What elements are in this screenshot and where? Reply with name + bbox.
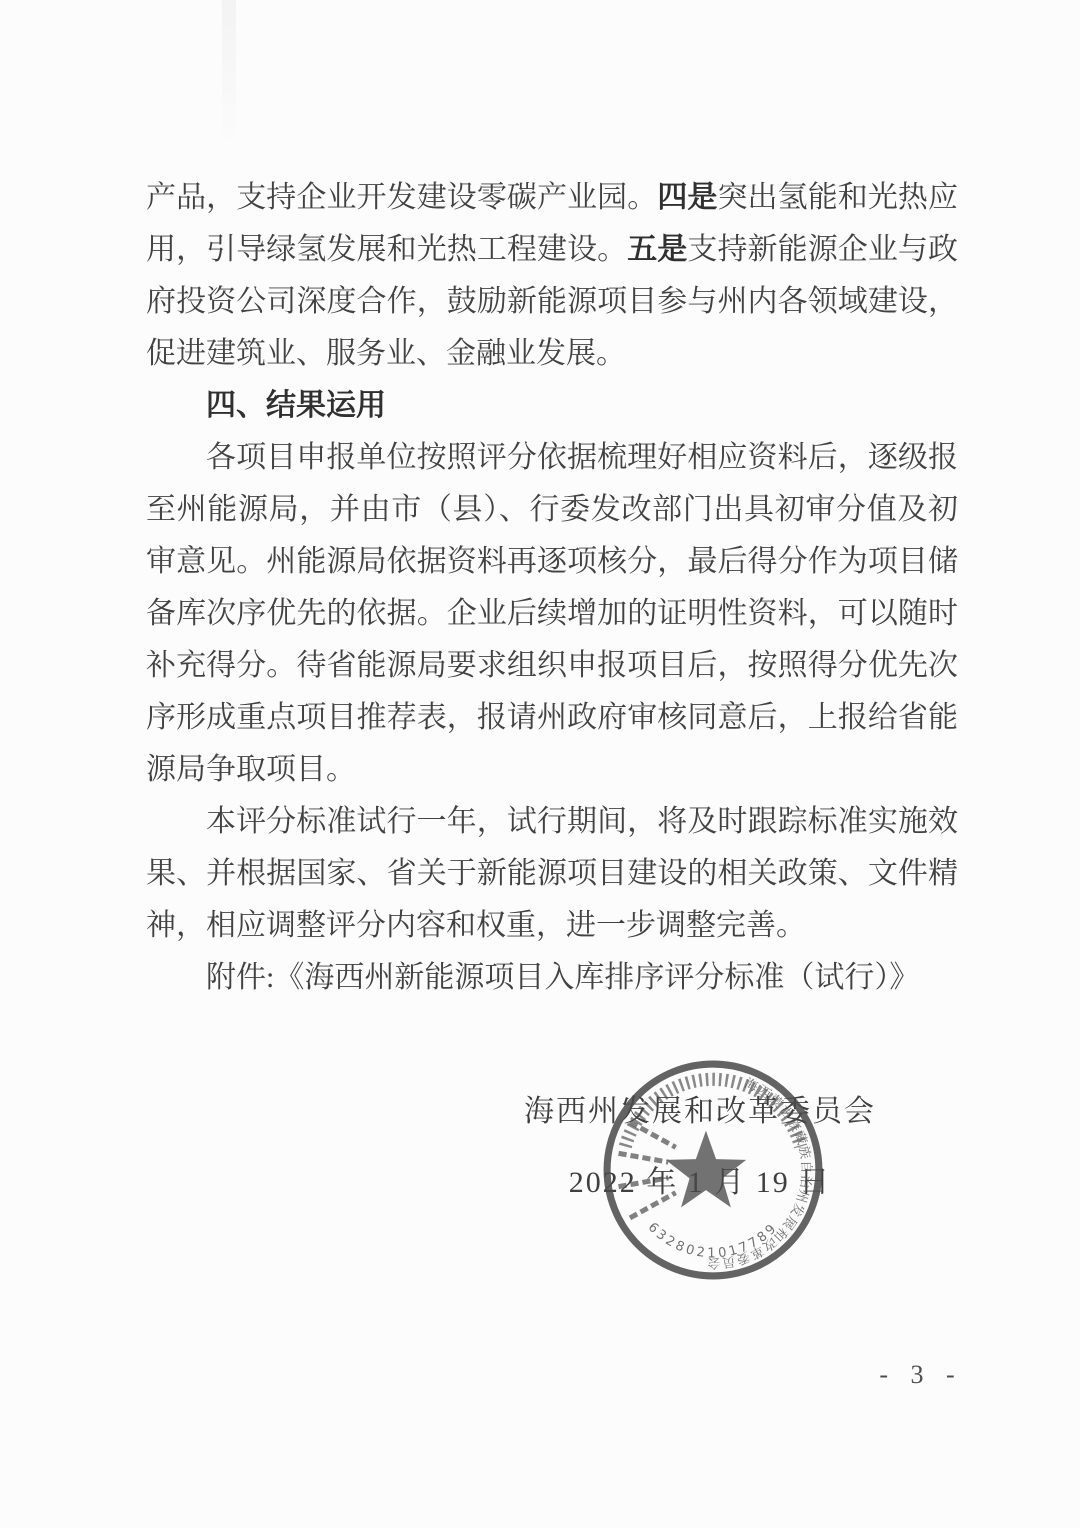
paragraph: 四、结果运用 [146, 380, 958, 432]
attachment-line: 附件:《海西州新能源项目入库排序评分标准（试行）》 [146, 952, 958, 1004]
page-number: - 3 - [856, 1360, 986, 1390]
body-text: 各项目申报单位按照评分依据梳理好相应资料后，逐级报至州能源局，并由市（县）、行委… [146, 441, 958, 786]
emphasis-text: 四、结果运用 [206, 389, 386, 422]
scanned-document-page: 产品，支持企业开发建设零碳产业园。四是突出氢能和光热应用，引导绿氢发展和光热工程… [0, 0, 1080, 1528]
paragraph: 本评分标准试行一年，试行期间，将及时跟踪标准实施效果、并根据国家、省关于新能源项… [146, 796, 958, 952]
emphasis-text: 五是 [627, 233, 687, 266]
official-seal: 海西蒙古族藏族自治州发展和改革委员会 6328021017789 [598, 1055, 828, 1285]
body-paragraphs: 产品，支持企业开发建设零碳产业园。四是突出氢能和光热应用，引导绿氢发展和光热工程… [146, 172, 958, 1004]
body-text: 产品，支持企业开发建设零碳产业园。 [146, 181, 657, 214]
emphasis-text: 四是 [657, 181, 717, 214]
seal-star-icon [666, 1131, 747, 1208]
body-text: 本评分标准试行一年，试行期间，将及时跟踪标准实施效果、并根据国家、省关于新能源项… [146, 805, 958, 942]
seal-left-script-columns [619, 1122, 676, 1218]
paragraph: 各项目申报单位按照评分依据梳理好相应资料后，逐级报至州能源局，并由市（县）、行委… [146, 432, 958, 796]
paragraph: 产品，支持企业开发建设零碳产业园。四是突出氢能和光热应用，引导绿氢发展和光热工程… [146, 172, 958, 380]
scan-artifact [222, 0, 236, 150]
